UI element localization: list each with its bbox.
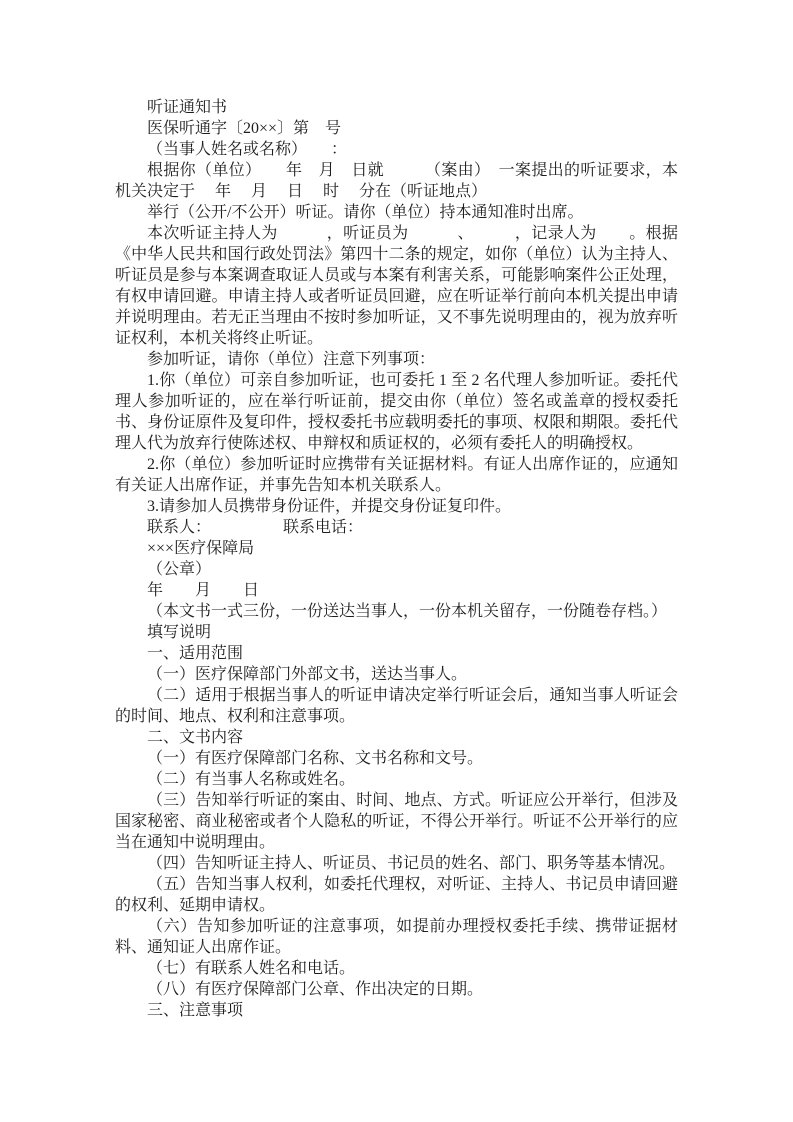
contact-line: 联系人： 联系电话： bbox=[115, 517, 678, 538]
scope-item-1: （一）医疗保障部门外部文书，送达当事人。 bbox=[115, 664, 678, 685]
agency-name: ×××医疗保障局 bbox=[115, 538, 678, 559]
section-notes-heading: 三、注意事项 bbox=[115, 1000, 678, 1021]
fill-instructions-title: 填写说明 bbox=[115, 622, 678, 643]
content-item-2: （二）有当事人名称或姓名。 bbox=[115, 769, 678, 790]
content-item-5: （五）告知当事人权利，如委托代理权，对听证、主持人、书记员申请回避的权利、延期申… bbox=[115, 874, 678, 916]
doc-number: 医保听通字〔20××〕第 号 bbox=[115, 118, 678, 139]
copies-note: （本文书一式三份，一份送达当事人，一份本机关留存，一份随卷存档。） bbox=[115, 601, 678, 622]
notice-item-2: 2.你（单位）参加听证时应携带有关证据材料。有证人出席作证的，应通知有关证人出席… bbox=[115, 454, 678, 496]
section-content-heading: 二、文书内容 bbox=[115, 727, 678, 748]
notice-item-3: 3.请参加人员携带身份证件，并提交身份证复印件。 bbox=[115, 496, 678, 517]
content-item-4: （四）告知听证主持人、听证员、书记员的姓名、部门、职务等基本情况。 bbox=[115, 853, 678, 874]
party-name-line: （当事人姓名或名称） ： bbox=[115, 139, 678, 160]
notice-items-intro: 参加听证，请你（单位）注意下列事项： bbox=[115, 349, 678, 370]
hearing-request-paragraph: 根据你（单位） 年 月 日就 （案由） 一案提出的听证要求，本机关决定于 年 月… bbox=[115, 160, 678, 202]
date-line: 年 月 日 bbox=[115, 580, 678, 601]
recusal-rights-paragraph: 本次听证主持人为 ，听证员为 、 ，记录人为 。根据《中华人民共和国行政处罚法》… bbox=[115, 223, 678, 349]
doc-title: 听证通知书 bbox=[115, 97, 678, 118]
content-item-1: （一）有医疗保障部门名称、文书名称和文号。 bbox=[115, 748, 678, 769]
seal-placeholder: （公章） bbox=[115, 559, 678, 580]
notice-item-1: 1.你（单位）可亲自参加听证，也可委托 1 至 2 名代理人参加听证。委托代理人… bbox=[115, 370, 678, 454]
document-page: 听证通知书 医保听通字〔20××〕第 号 （当事人姓名或名称） ： 根据你（单位… bbox=[0, 0, 793, 1021]
content-item-8: （八）有医疗保障部门公章、作出决定的日期。 bbox=[115, 979, 678, 1000]
scope-item-2: （二）适用于根据当事人的听证申请决定举行听证会后，通知当事人听证会的时间、地点、… bbox=[115, 685, 678, 727]
content-item-7: （七）有联系人姓名和电话。 bbox=[115, 958, 678, 979]
content-item-3: （三）告知举行听证的案由、时间、地点、方式。听证应公开举行，但涉及国家秘密、商业… bbox=[115, 790, 678, 853]
content-item-6: （六）告知参加听证的注意事项，如提前办理授权委托手续、携带证据材料、通知证人出席… bbox=[115, 916, 678, 958]
hearing-format-paragraph: 举行（公开/不公开）听证。请你（单位）持本通知准时出席。 bbox=[115, 202, 678, 223]
section-scope-heading: 一、适用范围 bbox=[115, 643, 678, 664]
